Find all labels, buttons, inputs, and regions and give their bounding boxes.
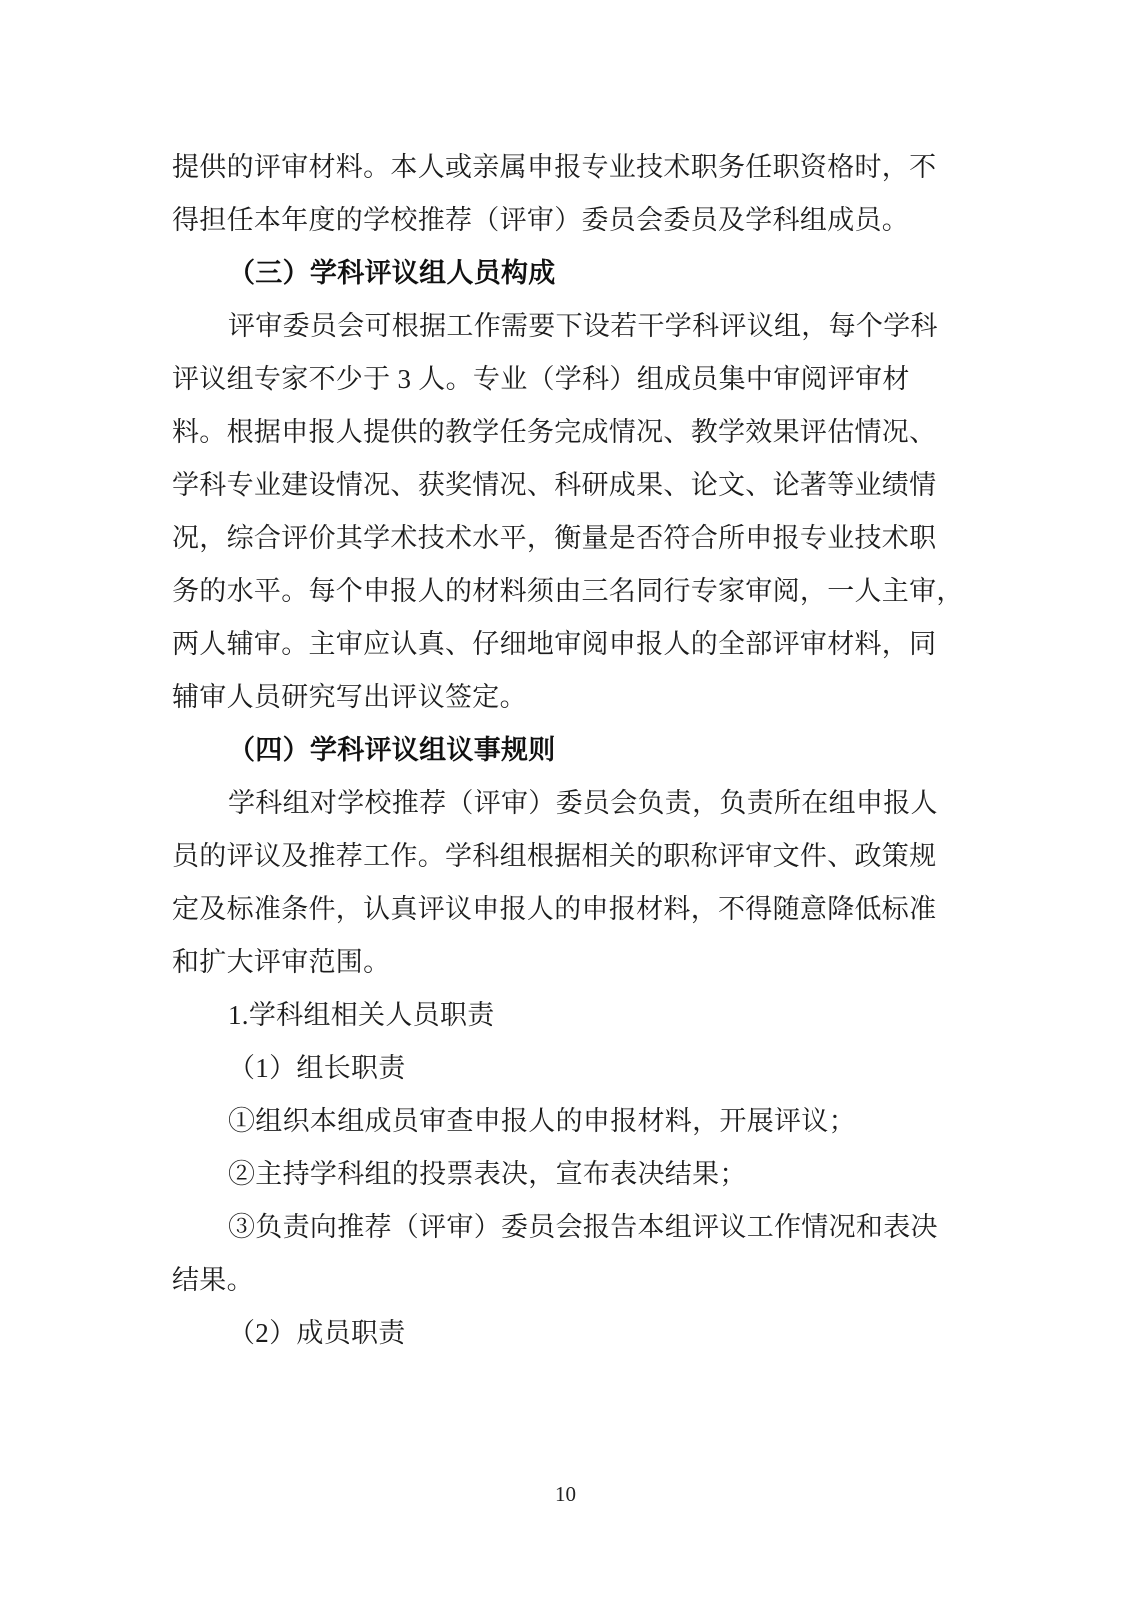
text-line: 学科专业建设情况、获奖情况、科研成果、论文、论著等业绩情 [172, 459, 964, 512]
text-line: 和扩大评审范围。 [172, 936, 964, 989]
text-line: 况，综合评价其学术技术水平，衡量是否符合所申报专业技术职 [172, 512, 964, 565]
text-line: 两人辅审。主审应认真、仔细地审阅申报人的全部评审材料，同 [172, 618, 964, 671]
section-heading: （三）学科评议组人员构成 [172, 247, 964, 300]
text-line: 评议组专家不少于 3 人。专业（学科）组成员集中审阅评审材 [172, 353, 964, 406]
text-line: 得担任本年度的学校推荐（评审）委员会委员及学科组成员。 [172, 194, 964, 247]
text-line: ③负责向推荐（评审）委员会报告本组评议工作情况和表决 [172, 1201, 964, 1254]
text-line: （2）成员职责 [172, 1307, 964, 1360]
text-line: 务的水平。每个申报人的材料须由三名同行专家审阅，一人主审， [172, 565, 964, 618]
text-line: ②主持学科组的投票表决，宣布表决结果； [172, 1148, 964, 1201]
text-line: 料。根据申报人提供的教学任务完成情况、教学效果评估情况、 [172, 406, 964, 459]
text-line: 结果。 [172, 1254, 964, 1307]
text-line: （1）组长职责 [172, 1042, 964, 1095]
document-page: 提供的评审材料。本人或亲属申报专业技术职务任职资格时，不得担任本年度的学校推荐（… [0, 0, 1131, 1600]
text-line: 学科组对学校推荐（评审）委员会负责，负责所在组申报人 [172, 777, 964, 830]
text-line: 提供的评审材料。本人或亲属申报专业技术职务任职资格时，不 [172, 141, 964, 194]
document-lines: 提供的评审材料。本人或亲属申报专业技术职务任职资格时，不得担任本年度的学校推荐（… [172, 141, 964, 1360]
page-number: 10 [0, 1482, 1131, 1507]
section-heading: （四）学科评议组议事规则 [172, 724, 964, 777]
text-line: 评审委员会可根据工作需要下设若干学科评议组，每个学科 [172, 300, 964, 353]
text-line: 定及标准条件，认真评议申报人的申报材料，不得随意降低标准 [172, 883, 964, 936]
text-line: 1.学科组相关人员职责 [172, 989, 964, 1042]
text-line: 员的评议及推荐工作。学科组根据相关的职称评审文件、政策规 [172, 830, 964, 883]
text-line: 辅审人员研究写出评议签定。 [172, 671, 964, 724]
text-line: ①组织本组成员审查申报人的申报材料，开展评议； [172, 1095, 964, 1148]
